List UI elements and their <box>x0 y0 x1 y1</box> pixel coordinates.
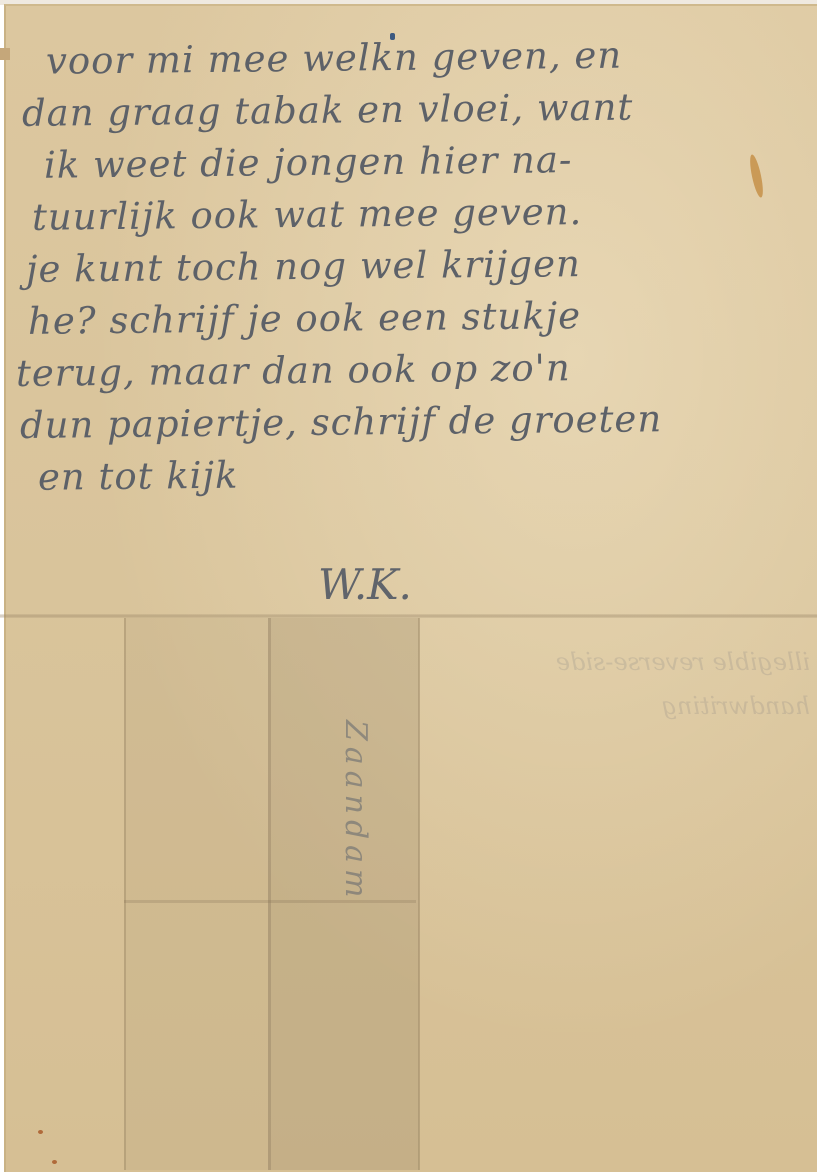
signature: W.K. <box>318 560 412 609</box>
letter-line: ik weet die jongen hier na- <box>16 132 817 192</box>
letter-line: voor mi mee welkn geven, en <box>16 28 817 88</box>
letter-line: tuurlijk ook wat mee geven. <box>16 184 817 244</box>
vertical-address-note: Zaandam <box>338 720 373 903</box>
letter-body: voor mi mee welkn geven, en dan graag ta… <box>16 36 816 504</box>
rust-spot <box>52 1160 57 1164</box>
letter-line: je kunt toch nog wel krijgen <box>16 236 817 296</box>
bleed-through-text: illegible reverse-side handwriting <box>430 640 810 1160</box>
letter-line: dan graag tabak en vloei, want <box>16 80 817 140</box>
letter-line: terug, maar dan ook op zo'n <box>16 340 817 400</box>
letter-line: he? schrijf je ook een stukje <box>16 288 817 348</box>
paper-edge-tear <box>0 48 10 60</box>
rust-spot <box>38 1130 43 1134</box>
letter-line: en tot kijk <box>16 444 817 504</box>
letter-line: dun papiertje, schrijf de groeten <box>16 392 817 452</box>
